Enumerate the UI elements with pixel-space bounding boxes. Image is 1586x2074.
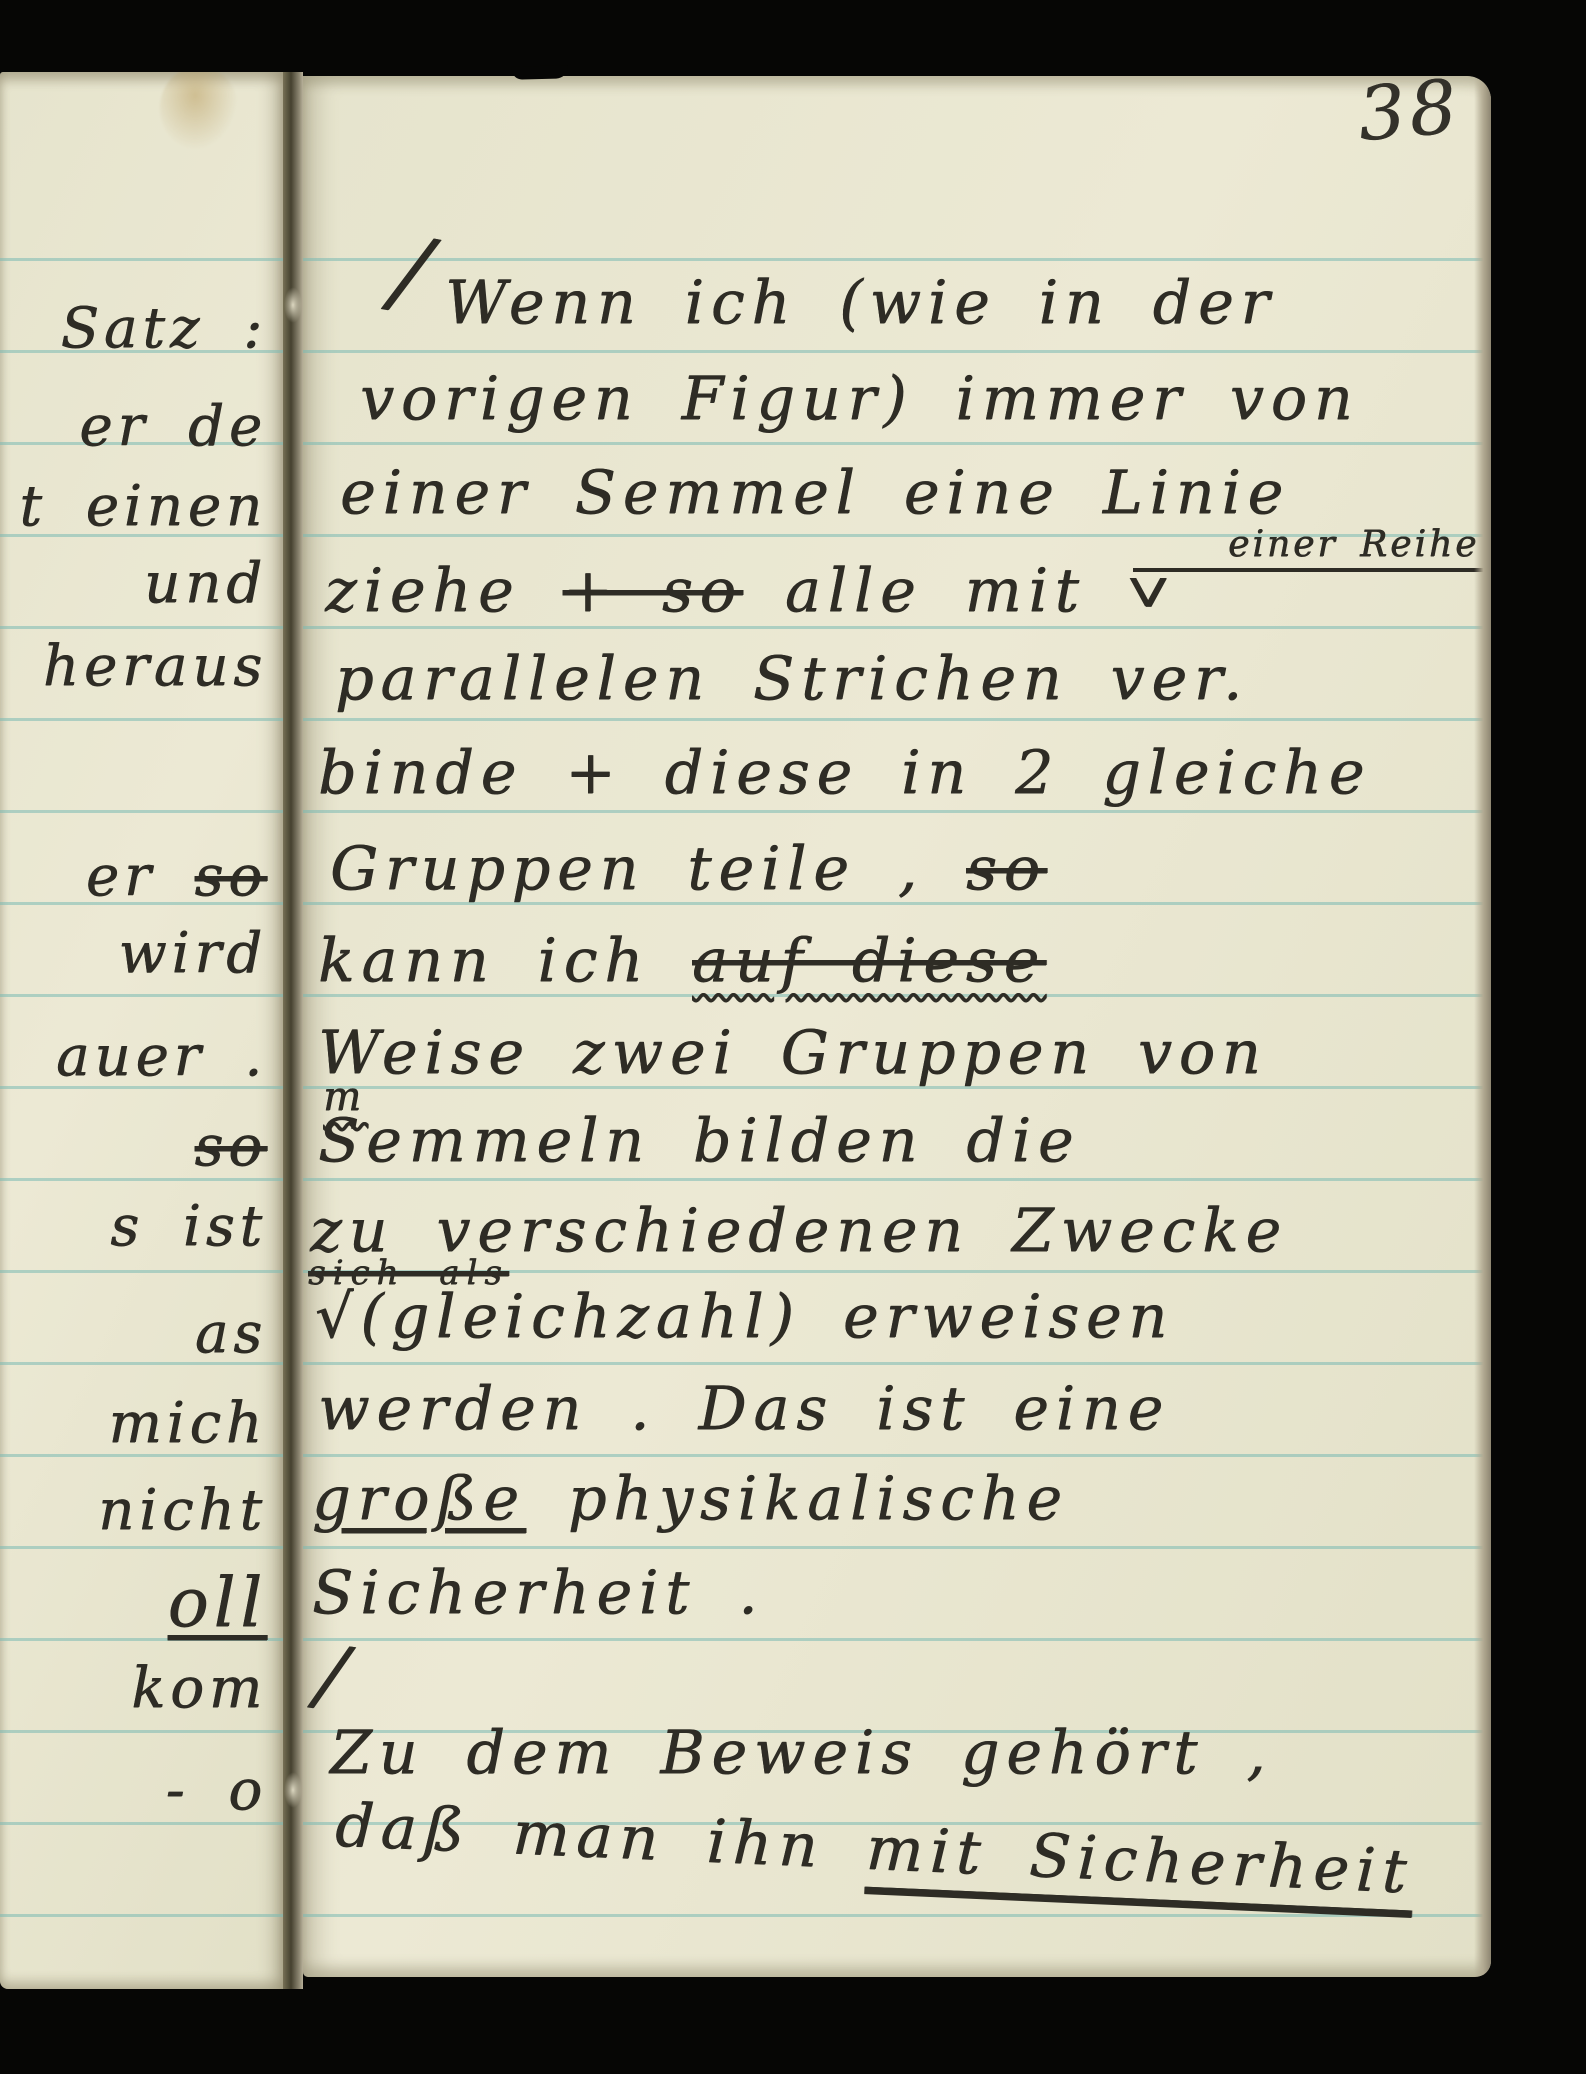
manuscript-word: einer Semmel eine Linie xyxy=(340,458,1290,528)
manuscript-line: √(gleichzahl) erweisen xyxy=(315,1286,1174,1349)
rule-line xyxy=(303,1546,1491,1549)
manuscript-line: einer Semmel eine Linie xyxy=(340,462,1290,525)
manuscript-word: Gruppen teile , xyxy=(330,834,966,904)
manuscript-line: oll xyxy=(168,1568,267,1639)
manuscript-word: physikalische xyxy=(526,1464,1069,1534)
manuscript-line: auer . xyxy=(56,1028,267,1087)
manuscript-word: und xyxy=(144,551,267,616)
rule-line xyxy=(303,626,1491,629)
manuscript-word: alle mit xyxy=(743,556,1128,626)
manuscript-word: ziehe xyxy=(325,556,563,626)
rule-line xyxy=(303,442,1491,445)
manuscript-line: parallelen Strichen ver. xyxy=(335,648,1249,711)
rule-line xyxy=(303,1638,1491,1641)
manuscript-line: mich xyxy=(109,1395,267,1454)
manuscript-line: vorigen Figur) immer von xyxy=(360,368,1359,431)
manuscript-line: Sicherheit . xyxy=(312,1562,764,1625)
binding-stitch xyxy=(284,287,302,323)
manuscript-word: auer . xyxy=(56,1024,267,1089)
manuscript-word: kom xyxy=(131,1656,267,1721)
manuscript-line: Wenn ich (wie in der xyxy=(445,272,1276,335)
manuscript-line: wird xyxy=(119,925,267,984)
manuscript-line: werden . Das ist eine xyxy=(318,1378,1170,1441)
manuscript-line: einer Reihe von xyxy=(1133,526,1491,572)
manuscript-word: Wenn ich (wie in der xyxy=(445,268,1276,338)
manuscript-line: und xyxy=(144,555,267,614)
manuscript-line: so xyxy=(195,1118,267,1177)
manuscript-word: einer Reihe von xyxy=(1228,524,1491,565)
manuscript-word: er de xyxy=(79,394,267,459)
manuscript-line: / xyxy=(387,221,443,326)
manuscript-word: werden . Das ist eine xyxy=(318,1374,1170,1444)
manuscript-word: parallelen Strichen ver. xyxy=(335,644,1249,714)
page-edge-notch xyxy=(512,65,568,79)
manuscript-word: mich xyxy=(109,1391,267,1456)
manuscript-line: / xyxy=(312,1632,357,1720)
right-page: 38 /Wenn ich (wie in dervorigen Figur) i… xyxy=(303,76,1491,1977)
rule-line xyxy=(0,994,283,997)
manuscript-word: so xyxy=(195,844,267,909)
manuscript-word: - o xyxy=(166,1758,267,1823)
manuscript-word: mit Sicherheit xyxy=(865,1814,1415,1908)
manuscript-word: so xyxy=(966,834,1047,904)
manuscript-line: Satz : xyxy=(61,300,267,359)
manuscript-word: kann ich xyxy=(318,926,692,996)
manuscript-word: wird xyxy=(119,921,267,986)
rule-line xyxy=(0,810,283,813)
manuscript-line: - o xyxy=(166,1762,267,1821)
manuscript-line: er de xyxy=(79,398,267,457)
manuscript-word: oll xyxy=(168,1564,267,1643)
manuscript-line: s ist xyxy=(110,1198,267,1257)
rule-line xyxy=(0,1730,283,1733)
manuscript-word: t einen xyxy=(19,474,267,539)
manuscript-word: Zu dem Beweis gehört , xyxy=(330,1718,1272,1788)
manuscript-line: kom xyxy=(131,1660,267,1719)
manuscript-word: s ist xyxy=(110,1194,267,1259)
manuscript-word: / xyxy=(312,1627,359,1724)
manuscript-word: Sicherheit . xyxy=(312,1558,764,1628)
manuscript-line: t einen xyxy=(19,478,267,537)
manuscript-word: vorigen Figur) immer von xyxy=(360,364,1359,434)
rule-line xyxy=(0,1914,283,1917)
rule-line xyxy=(0,1546,283,1549)
paper-stain xyxy=(160,72,238,150)
manuscript-word: Satz : xyxy=(61,296,267,361)
manuscript-line: nicht xyxy=(98,1482,267,1541)
manuscript-word: so xyxy=(195,1114,267,1179)
manuscript-line: große physikalische xyxy=(312,1468,1069,1531)
rule-line xyxy=(0,718,283,721)
manuscript-line: binde + diese in 2 gleiche xyxy=(318,742,1371,805)
manuscript-line: as xyxy=(195,1305,267,1364)
rule-line xyxy=(303,1454,1491,1457)
manuscript-word: as xyxy=(195,1301,267,1366)
manuscript-line: Zu dem Beweis gehört , xyxy=(330,1722,1272,1785)
manuscript-word: + so xyxy=(563,556,743,626)
page-number: 38 xyxy=(1354,76,1463,158)
manuscript-word: / xyxy=(386,215,444,330)
rule-line xyxy=(0,1270,283,1273)
rule-line xyxy=(303,350,1491,353)
manuscript-line: daß man ihn mit Sicherheit xyxy=(334,1795,1414,1905)
rule-line xyxy=(0,258,283,261)
manuscript-word: > xyxy=(1115,573,1186,618)
left-page: Satz :er det einenundherauser sowirdauer… xyxy=(0,72,283,1989)
binding-gutter xyxy=(283,72,303,1989)
rule-line xyxy=(303,810,1491,813)
rule-line xyxy=(303,1178,1491,1181)
manuscript-word: er xyxy=(86,844,195,909)
rule-line xyxy=(303,1914,1491,1917)
manuscript-line: er so xyxy=(86,848,267,907)
manuscript-line: kann ich auf diese xyxy=(318,930,1046,993)
manuscript-line: Semmeln bilden die xyxy=(318,1110,1080,1173)
manuscript-word: auf diese xyxy=(692,926,1046,996)
manuscript-word: heraus xyxy=(43,634,267,699)
manuscript-word: Weise zwei Gruppen von xyxy=(318,1018,1268,1088)
rule-line xyxy=(0,626,283,629)
rule-line xyxy=(303,1362,1491,1365)
manuscript-word: große xyxy=(312,1464,526,1534)
manuscript-word: Semmeln bilden die xyxy=(318,1106,1080,1176)
manuscript-word: √(gleichzahl) erweisen xyxy=(315,1282,1174,1352)
manuscript-line: heraus xyxy=(43,638,267,697)
manuscript-line: Weise zwei Gruppen von xyxy=(318,1022,1268,1085)
manuscript-word: nicht xyxy=(98,1478,267,1543)
notebook-photo: Satz :er det einenundherauser sowirdauer… xyxy=(0,0,1586,2074)
manuscript-word: binde + diese in 2 gleiche xyxy=(318,738,1371,808)
manuscript-line: Gruppen teile , so xyxy=(330,838,1047,901)
binding-stitch xyxy=(284,1772,302,1808)
rule-line xyxy=(303,258,1491,261)
manuscript-word: daß man ihn xyxy=(334,1791,868,1884)
rule-line xyxy=(303,718,1491,721)
manuscript-line: ziehe + so alle mit > xyxy=(325,560,1173,623)
